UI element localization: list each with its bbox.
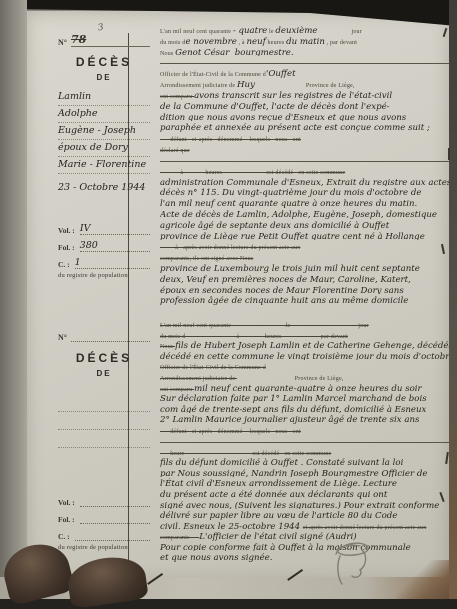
c-row: C. : 1 bbox=[58, 252, 150, 269]
handwritten-text: par Nous soussigné, Nandrin Joseph Bourg… bbox=[160, 469, 427, 478]
handwritten-text: com âgé de trente-sept ans fils du défun… bbox=[160, 405, 426, 414]
text-line: à après avoir donné lecture du présent a… bbox=[160, 240, 457, 251]
margin-column-act2: N° DÉCÈS DE Vol. : Fol. : C bbox=[58, 331, 150, 551]
vol-label: Vol. : bbox=[58, 226, 75, 235]
scan-left-edge bbox=[0, 0, 27, 599]
deces-heading: DÉCÈS bbox=[58, 351, 150, 365]
handwritten-text: province de Liège rue Petit Ouffet quatr… bbox=[160, 232, 425, 241]
printed-text: déclaré que bbox=[160, 148, 190, 154]
text-line: Nous Genot César bourgmestre. bbox=[160, 46, 457, 57]
text-line: dition que nous avons reçue d'Esneux et … bbox=[160, 111, 457, 122]
text-line: époux en secondes noces de Maur Florenti… bbox=[160, 284, 457, 295]
text-line: Nous fils de Hubert Joseph Lamlin et de … bbox=[160, 339, 457, 350]
printed-text: L'an mil neuf cent quarante bbox=[160, 29, 233, 35]
fol-label: Fol. : bbox=[58, 515, 75, 524]
blank-name-line bbox=[58, 430, 150, 448]
text-line: administration Communale d'Esneux, Extra… bbox=[160, 176, 457, 187]
text-line: fils du défunt domicilié à Ouffet . Cons… bbox=[160, 456, 457, 467]
text-line: du mois de novembre , à neuf heures du m… bbox=[160, 35, 457, 46]
text-line: défunt ci-après dénommé lesquels nous on… bbox=[160, 424, 457, 435]
text-line: décédé en cette commune le vingt troisiè… bbox=[160, 350, 457, 361]
text-line: du présent acte a été donnée aux déclara… bbox=[160, 488, 457, 499]
printed-text: Nous bbox=[160, 51, 175, 57]
handwritten-text: mil neuf cent quarante-quatre à onze heu… bbox=[194, 384, 422, 393]
text-line: comparants — L'officier de l'état civil … bbox=[160, 530, 457, 541]
de-heading: DE bbox=[58, 73, 150, 82]
vol-row: Vol. : bbox=[58, 490, 150, 507]
fol-value: 380 bbox=[80, 240, 150, 252]
text-line: L'an mil neuf cent quarante le jour bbox=[160, 318, 457, 329]
text-line: Officier de l'État-Civil de la Commune d bbox=[160, 360, 457, 371]
handwritten-text: époux en secondes noces de Maur Florenti… bbox=[160, 286, 404, 295]
c-blank bbox=[75, 540, 150, 541]
printed-text: ont comparu bbox=[160, 94, 194, 100]
fol-blank bbox=[80, 523, 150, 524]
text-line: délivré sur papier libre au vœu de l'art… bbox=[160, 509, 457, 520]
spouse-line: époux de Dory bbox=[58, 140, 150, 157]
handwritten-text: Genot César bourgmestre. bbox=[175, 48, 293, 57]
deceased-surname: Lamlin bbox=[58, 89, 150, 106]
text-line: L'an mil neuf cent quarante - quatre le … bbox=[160, 24, 457, 35]
register-page: 3 N° 78 DÉCÈS DE Lamlin Adolphe Eugène -… bbox=[26, 11, 450, 583]
fol-row: Fol. : bbox=[58, 507, 150, 524]
text-line: Pour copie conforme fait à Ouffet à la m… bbox=[160, 541, 457, 552]
handwritten-text: décès n° 115. Du vingt-quatrième jour du… bbox=[160, 188, 421, 197]
handwritten-text: profession âgée de cinquante huit ans au… bbox=[160, 296, 408, 305]
text-line: province de Liège rue Petit Ouffet quatr… bbox=[160, 230, 457, 241]
handwritten-text: dition que nous avons reçue d'Esneux et … bbox=[160, 113, 406, 122]
text-line: province de Luxembourg le trois juin mil… bbox=[160, 262, 457, 273]
printed-text: Nous bbox=[160, 344, 175, 350]
vol-blank bbox=[80, 506, 150, 507]
blank-name-line bbox=[58, 394, 150, 412]
act-number-blank bbox=[71, 331, 150, 342]
act1-body: L'an mil neuf cent quarante - quatre le … bbox=[160, 24, 457, 305]
deces-heading: DÉCÈS bbox=[58, 55, 150, 69]
handwritten-text: - quatre bbox=[233, 26, 267, 35]
spouse-name: Marie - Florentine bbox=[58, 157, 150, 174]
act-number-row: N° 78 bbox=[58, 33, 150, 47]
ruled-blank-line bbox=[160, 154, 457, 162]
text-line: Arrondissement judiciaire de Huy Provinc… bbox=[160, 78, 457, 89]
handwritten-text: Huy bbox=[237, 80, 255, 89]
margin-column-act1: N° 78 DÉCÈS DE Lamlin Adolphe Eugène - J… bbox=[58, 33, 150, 279]
act-number-label: N° bbox=[58, 38, 67, 47]
printed-text: , par devant bbox=[325, 40, 357, 46]
handwritten-text: neuf bbox=[246, 37, 265, 46]
pencil-signature-scribble bbox=[322, 536, 392, 586]
handwritten-text: fils de Hubert Joseph Lamlin et de Cathe… bbox=[175, 341, 455, 350]
c-label: C. : bbox=[58, 260, 70, 269]
text-line: Officier de l'État-Civil de la Commune d… bbox=[160, 67, 457, 78]
handwritten-text: province de Luxembourg le trois juin mil… bbox=[160, 264, 420, 273]
text-line: l'an mil neuf cent quarante quatre à onz… bbox=[160, 197, 457, 208]
text-line: heure est décédé en cette commune bbox=[160, 446, 457, 457]
deceased-middlenames: Eugène - Joseph bbox=[58, 123, 150, 140]
act-number-row: N° bbox=[58, 331, 150, 342]
c-value: 1 bbox=[75, 257, 150, 269]
printed-text: défunt ci-après dénommé lesquels nous on… bbox=[160, 429, 301, 435]
text-line: com âgé de trente-sept ans fils du défun… bbox=[160, 403, 457, 414]
death-date: 23 - Octobre 1944 bbox=[58, 180, 150, 196]
text-line: signé avec nous, (Suivent les signatures… bbox=[160, 499, 457, 510]
printed-text: heures bbox=[266, 40, 286, 46]
act2-body: L'an mil neuf cent quarante le jourdu mo… bbox=[160, 318, 457, 562]
text-line: civil. Esneux le 25-octobre 1944 et aprè… bbox=[160, 520, 457, 531]
handwritten-text: délivré sur papier libre au vœu de l'art… bbox=[160, 511, 397, 520]
text-line: Sur déclaration faite par 1° Lamlin Marc… bbox=[160, 392, 457, 403]
handwritten-text: Acte de décès de Lamlin, Adolphe, Eugène… bbox=[160, 210, 437, 219]
handwritten-text: l'an mil neuf cent quarante quatre à onz… bbox=[160, 199, 417, 208]
printed-text: L'an mil neuf cent quarante le jour bbox=[160, 323, 369, 329]
book-binding-corner bbox=[387, 560, 457, 599]
vol-row: Vol. : IV bbox=[58, 218, 150, 235]
text-line: du mois d à heures par devant bbox=[160, 329, 457, 340]
handwritten-text: civil. Esneux le 25-octobre 1944 bbox=[160, 522, 303, 531]
text-line: Arrondissement judiciaire de Province de… bbox=[160, 371, 457, 382]
margin-pen-tick bbox=[448, 148, 450, 160]
handwritten-text: 'Ouffet bbox=[266, 69, 296, 78]
scanned-register-photo: 3 N° 78 DÉCÈS DE Lamlin Adolphe Eugène -… bbox=[0, 0, 457, 599]
printed-text: Arrondissement judiciaire de bbox=[160, 376, 237, 382]
text-line: ont comparu mil neuf cent quarante-quatr… bbox=[160, 382, 457, 393]
handwritten-text: administration Communale d'Esneux, Extra… bbox=[160, 178, 457, 187]
text-line: à heures est décédé en cette commune bbox=[160, 165, 457, 176]
text-line: agricole âgé de septante deux ans domici… bbox=[160, 219, 457, 230]
de-heading: DE bbox=[58, 369, 150, 378]
ruled-blank-line bbox=[160, 56, 457, 64]
act-number-label: N° bbox=[58, 333, 67, 342]
printed-text: jour bbox=[317, 29, 361, 35]
fol-row: Fol. : 380 bbox=[58, 235, 150, 252]
text-line: deux, Veuf en premières noces de Maur, C… bbox=[160, 273, 457, 284]
vol-label: Vol. : bbox=[58, 498, 75, 507]
handwritten-text: deux, Veuf en premières noces de Maur, C… bbox=[160, 275, 411, 284]
handwritten-text: décédé en cette commune le vingt troisiè… bbox=[160, 352, 454, 361]
text-line: par Nous soussigné, Nandrin Joseph Bourg… bbox=[160, 467, 457, 478]
ruled-blank-line bbox=[160, 435, 457, 443]
text-line: paraphée et annexée au présent acte est … bbox=[160, 121, 457, 132]
handwritten-text: e novembre bbox=[185, 37, 236, 46]
text-line: ont comparu avons transcrit sur les regi… bbox=[160, 89, 457, 100]
pencil-page-number: 3 bbox=[97, 23, 104, 34]
text-line: de la Commune d'Ouffet, l'acte de décès … bbox=[160, 100, 457, 111]
blank-name-line bbox=[58, 412, 150, 430]
handwritten-text: l'État civil d'Esneux arrondissement de … bbox=[160, 479, 397, 488]
text-line: l'État civil d'Esneux arrondissement de … bbox=[160, 477, 457, 488]
handwritten-text: de la Commune d'Ouffet, l'acte de décès … bbox=[160, 102, 390, 111]
printed-text: du mois d bbox=[160, 40, 185, 46]
handwritten-text: Sur déclaration faite par 1° Lamlin Marc… bbox=[160, 394, 427, 403]
handwritten-text: deuxième bbox=[275, 26, 317, 35]
deceased-firstname: Adolphe bbox=[58, 106, 150, 123]
handwritten-text: agricole âgé de septante deux ans domici… bbox=[160, 221, 389, 230]
handwritten-text: du matin bbox=[286, 37, 325, 46]
printed-text: à heures est décédé en cette commune bbox=[160, 170, 345, 176]
text-line: 2° Lamlin Maurice journalier ajusteur âg… bbox=[160, 413, 457, 424]
handwritten-text: 2° Lamlin Maurice journalier ajusteur âg… bbox=[160, 415, 419, 424]
vol-value: IV bbox=[80, 223, 150, 235]
printed-text: Province de Liège, bbox=[237, 376, 344, 382]
handwritten-text: fils du défunt domicilié à Ouffet . Cons… bbox=[160, 458, 403, 467]
c-label: C. : bbox=[58, 532, 70, 541]
text-line: décès n° 115. Du vingt-quatrième jour du… bbox=[160, 186, 457, 197]
act-number-value: 78 bbox=[71, 33, 150, 47]
text-line: profession âgée de cinquante huit ans au… bbox=[160, 294, 457, 305]
population-register-caption: du registre de population bbox=[58, 544, 150, 551]
handwritten-text: et que nous avons signée. bbox=[160, 553, 272, 562]
text-line: Acte de décès de Lamlin, Adolphe, Eugène… bbox=[160, 208, 457, 219]
text-line: comparants, ils ont signé avec Nous bbox=[160, 251, 457, 262]
fol-label: Fol. : bbox=[58, 243, 75, 252]
handwritten-text: paraphée et annexée au présent acte est … bbox=[160, 123, 430, 132]
text-line: déclaré que bbox=[160, 143, 457, 154]
text-line: défunt ci-après dénommé lesquels nous on… bbox=[160, 132, 457, 143]
scan-right-edge bbox=[449, 0, 457, 599]
population-register-caption: du registre de population bbox=[58, 272, 150, 279]
handwritten-text: du présent acte a été donnée aux déclara… bbox=[160, 490, 387, 499]
handwritten-text: signé avec nous, (Suivent les signatures… bbox=[160, 501, 439, 510]
handwritten-text: avons transcrit sur les registres de l'é… bbox=[194, 91, 392, 100]
c-row: C. : bbox=[58, 524, 150, 541]
